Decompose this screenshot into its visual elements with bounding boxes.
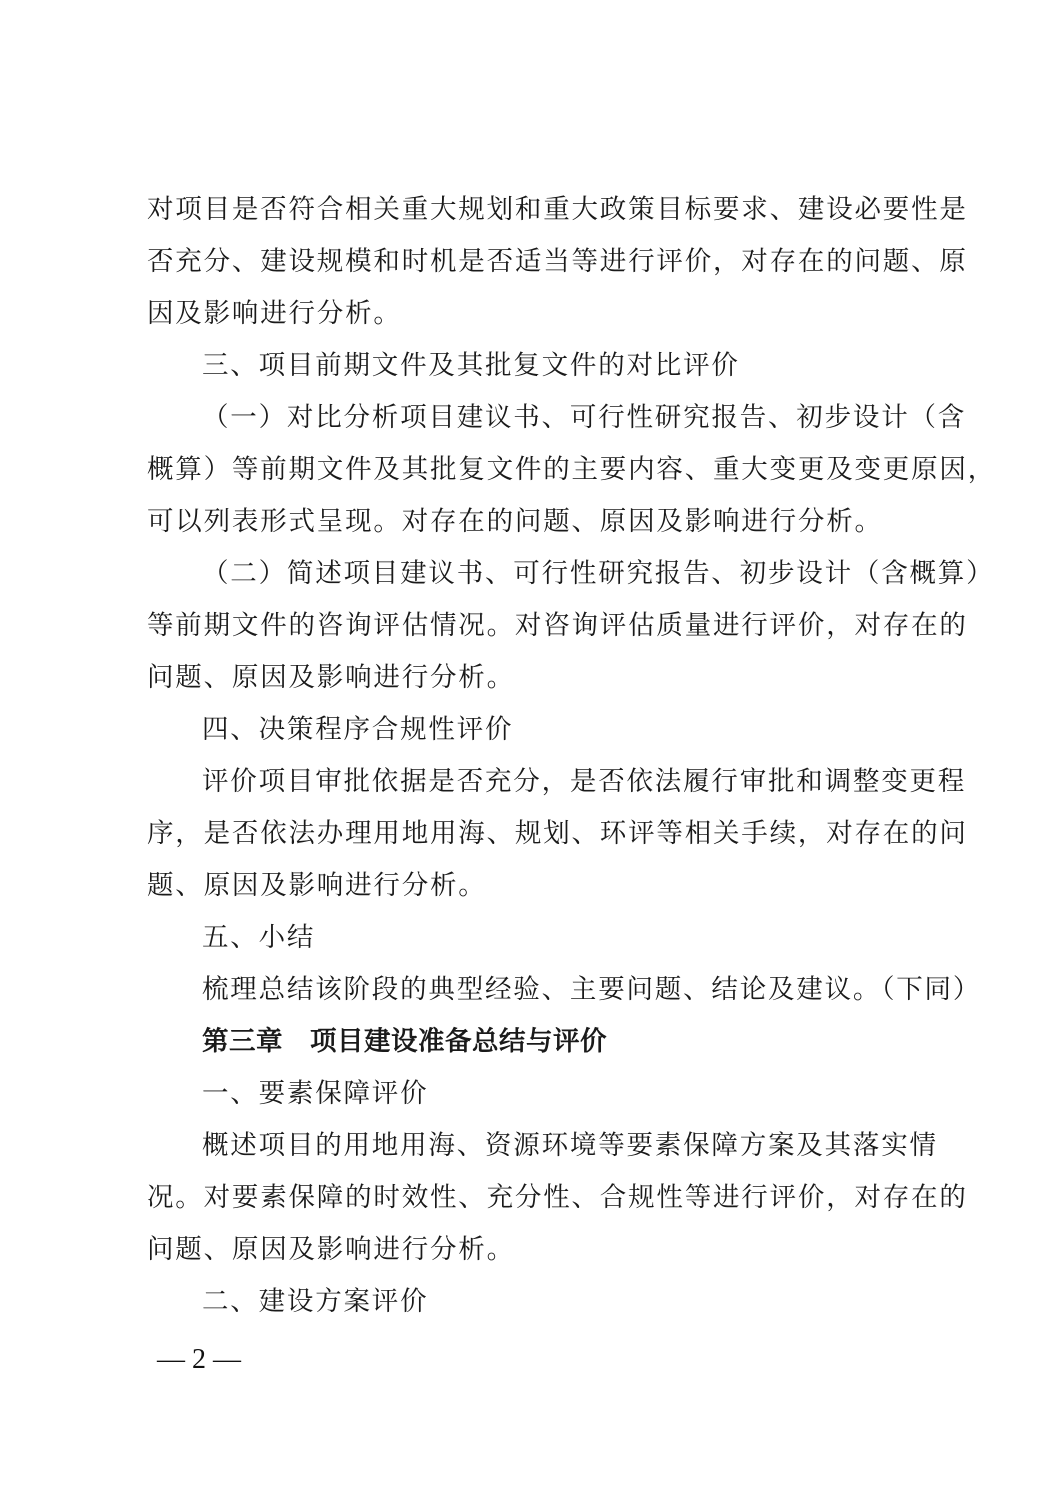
paragraph-line: 问题、原因及影响进行分析。 xyxy=(147,652,927,704)
paragraph-line: 序，是否依法办理用地用海、规划、环评等相关手续，对存在的问 xyxy=(147,808,927,860)
paragraph-line: 等前期文件的咨询评估情况。对咨询评估质量进行评价，对存在的 xyxy=(147,600,927,652)
paragraph-line: 概述项目的用地用海、资源环境等要素保障方案及其落实情 xyxy=(147,1120,927,1172)
paragraph-line: 概算）等前期文件及其批复文件的主要内容、重大变更及变更原因， xyxy=(147,444,927,496)
document-page: 对项目是否符合相关重大规划和重大政策目标要求、建设必要性是 否充分、建设规模和时… xyxy=(0,0,1060,1500)
paragraph-line: 梳理总结该阶段的典型经验、主要问题、结论及建议。（下同） xyxy=(147,964,927,1016)
paragraph-line: 评价项目审批依据是否充分，是否依法履行审批和调整变更程 xyxy=(147,756,927,808)
paragraph-line: 可以列表形式呈现。对存在的问题、原因及影响进行分析。 xyxy=(147,496,927,548)
section-heading-5: 五、小结 xyxy=(147,912,927,964)
paragraph-line: 对项目是否符合相关重大规划和重大政策目标要求、建设必要性是 xyxy=(147,184,927,236)
chapter-heading: 第三章 项目建设准备总结与评价 xyxy=(147,1016,927,1068)
section-heading-1: 一、要素保障评价 xyxy=(147,1068,927,1120)
section-heading-4: 四、决策程序合规性评价 xyxy=(147,704,927,756)
page-number: — 2 — xyxy=(157,1340,241,1380)
document-body: 对项目是否符合相关重大规划和重大政策目标要求、建设必要性是 否充分、建设规模和时… xyxy=(147,184,927,1328)
paragraph-line: 否充分、建设规模和时机是否适当等进行评价，对存在的问题、原 xyxy=(147,236,927,288)
section-heading-2: 二、建设方案评价 xyxy=(147,1276,927,1328)
paragraph-line: 问题、原因及影响进行分析。 xyxy=(147,1224,927,1276)
paragraph-line: 题、原因及影响进行分析。 xyxy=(147,860,927,912)
paragraph-line: 况。对要素保障的时效性、充分性、合规性等进行评价，对存在的 xyxy=(147,1172,927,1224)
paragraph-line: （一）对比分析项目建议书、可行性研究报告、初步设计（含 xyxy=(147,392,927,444)
section-heading-3: 三、项目前期文件及其批复文件的对比评价 xyxy=(147,340,927,392)
paragraph-line: 因及影响进行分析。 xyxy=(147,288,927,340)
paragraph-line: （二）简述项目建议书、可行性研究报告、初步设计（含概算） xyxy=(147,548,927,600)
